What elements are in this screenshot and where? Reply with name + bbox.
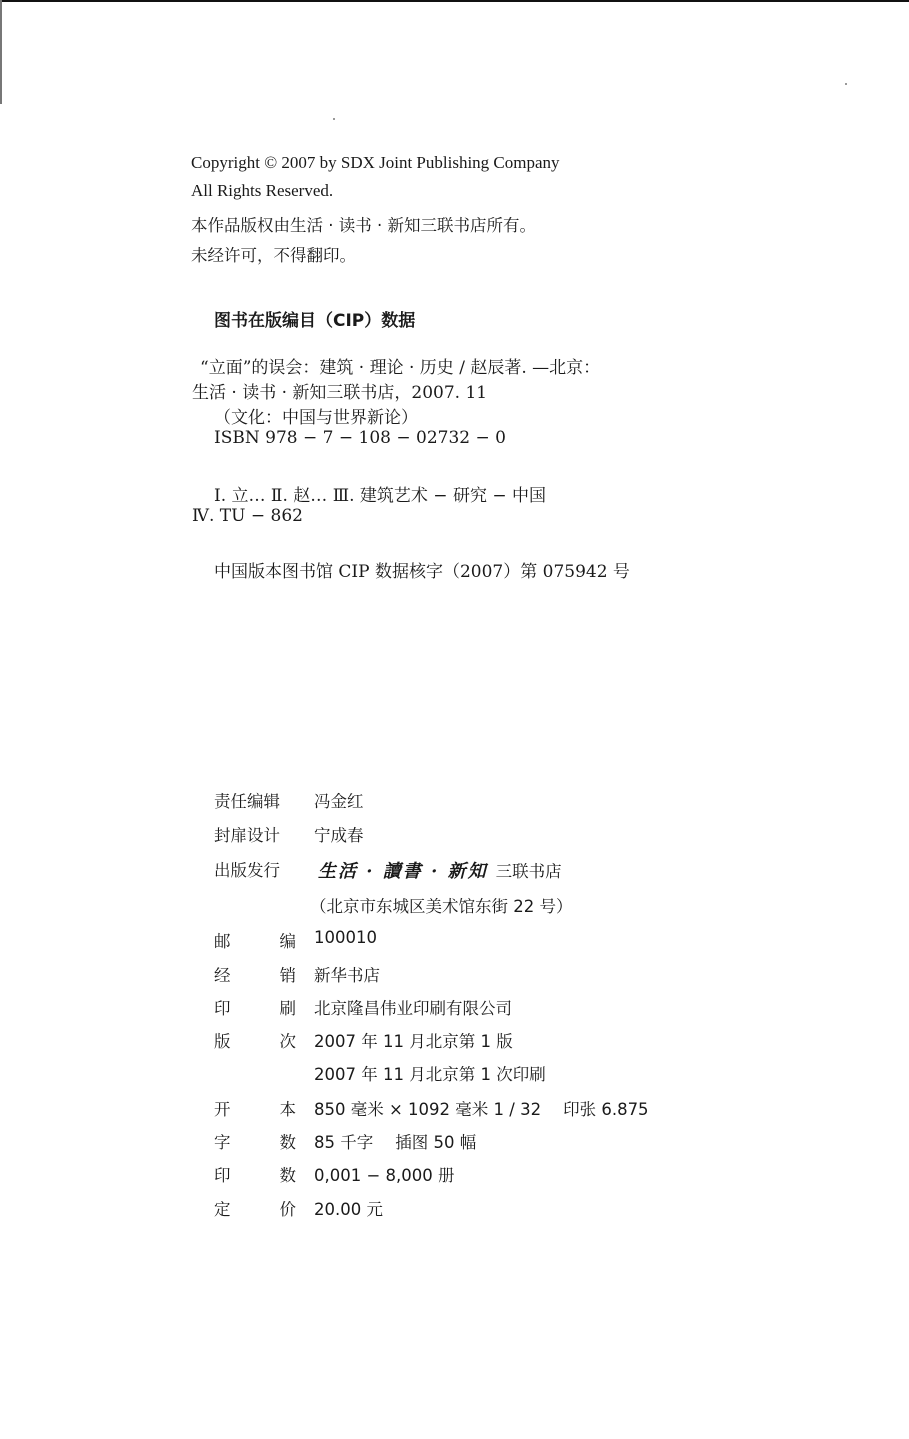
cover-design-label: 封扉设计 <box>214 822 296 846</box>
edition-label-a: 版 <box>214 1028 231 1052</box>
scan-left-border <box>0 0 2 104</box>
word-count-label: 字 数 <box>214 1129 296 1153</box>
cip-entry-publisher: 生活 · 读书 · 新知三联书店，2007. 11 <box>192 378 487 403</box>
postcode-label: 邮 编 <box>214 928 296 952</box>
format-value-group: 850 毫米 × 1092 毫米 1 / 32印张 6.875 <box>314 1096 649 1120</box>
print-run-label: 印 数 <box>214 1162 296 1186</box>
printer-label: 印 刷 <box>214 995 296 1019</box>
cip-classification: Ⅳ. TU − 862 <box>192 506 303 526</box>
word-count-value: 85 千字 <box>314 1133 373 1152</box>
price-label-b: 价 <box>280 1196 297 1220</box>
cip-isbn: ISBN 978 − 7 − 108 − 02732 − 0 <box>214 428 506 448</box>
printer-label-b: 刷 <box>280 995 297 1019</box>
distributor-value: 新华书店 <box>314 962 380 986</box>
copyright-owner-line: 本作品版权由生活 · 读书 · 新知三联书店所有。 <box>191 212 536 236</box>
cip-heading: 图书在版编目（CIP）数据 <box>214 306 415 331</box>
cover-design-value: 宁成春 <box>314 822 364 846</box>
no-reprint-line: 未经许可，不得翻印。 <box>191 242 356 266</box>
cip-entry-series: （文化：中国与世界新论） <box>214 403 418 428</box>
format-label-a: 开 <box>214 1096 231 1120</box>
scan-top-border <box>0 0 909 2</box>
illustrations-value: 插图 50 幅 <box>395 1133 476 1152</box>
cip-entry-title: “立面”的误会：建筑 · 理论 · 历史 / 赵辰著. —北京： <box>200 353 600 378</box>
publisher-label: 出版发行 <box>214 857 296 881</box>
distributor-label: 经 销 <box>214 962 296 986</box>
scan-speck <box>333 118 335 120</box>
print-run-label-b: 数 <box>280 1162 297 1186</box>
printer-label-a: 印 <box>214 995 231 1019</box>
rights-reserved-line: All Rights Reserved. <box>191 181 333 201</box>
distributor-label-b: 销 <box>280 962 297 986</box>
editor-value: 冯金红 <box>314 788 364 812</box>
print-run-value: 0,001 − 8,000 册 <box>314 1162 455 1186</box>
word-count-label-b: 数 <box>280 1129 297 1153</box>
publisher-name: 三联书店 <box>496 862 562 881</box>
edition-value: 2007 年 11 月北京第 1 版 <box>314 1028 513 1052</box>
copyright-line: Copyright © 2007 by SDX Joint Publishing… <box>191 153 560 173</box>
publisher-value-group: 生活 · 讀書 · 新知三联书店 <box>318 857 562 883</box>
editor-label: 责任编辑 <box>214 788 296 812</box>
price-label: 定 价 <box>214 1196 296 1220</box>
price-value: 20.00 元 <box>314 1196 383 1220</box>
publisher-address: （北京市东城区美术馆东街 22 号） <box>310 893 573 917</box>
printing-value: 2007 年 11 月北京第 1 次印刷 <box>314 1061 546 1085</box>
price-label-a: 定 <box>214 1196 231 1220</box>
sheets-value: 印张 6.875 <box>563 1100 648 1119</box>
edition-label: 版 次 <box>214 1028 296 1052</box>
scan-speck <box>845 83 847 85</box>
printer-value: 北京隆昌伟业印刷有限公司 <box>314 995 512 1019</box>
format-label: 开 本 <box>214 1096 296 1120</box>
cip-subjects: Ⅰ. 立… Ⅱ. 赵… Ⅲ. 建筑艺术 − 研究 − 中国 <box>214 481 546 506</box>
distributor-label-a: 经 <box>214 962 231 986</box>
format-value: 850 毫米 × 1092 毫米 1 / 32 <box>314 1100 541 1119</box>
edition-label-b: 次 <box>280 1028 297 1052</box>
postcode-value: 100010 <box>314 928 377 947</box>
cip-approval-number: 中国版本图书馆 CIP 数据核字（2007）第 075942 号 <box>214 557 630 582</box>
format-label-b: 本 <box>280 1096 297 1120</box>
print-run-label-a: 印 <box>214 1162 231 1186</box>
postcode-label-a: 邮 <box>214 928 231 952</box>
word-count-label-a: 字 <box>214 1129 231 1153</box>
word-count-value-group: 85 千字插图 50 幅 <box>314 1129 476 1153</box>
publisher-logo-text: 生活 · 讀書 · 新知 <box>318 861 488 882</box>
postcode-label-b: 编 <box>280 928 297 952</box>
